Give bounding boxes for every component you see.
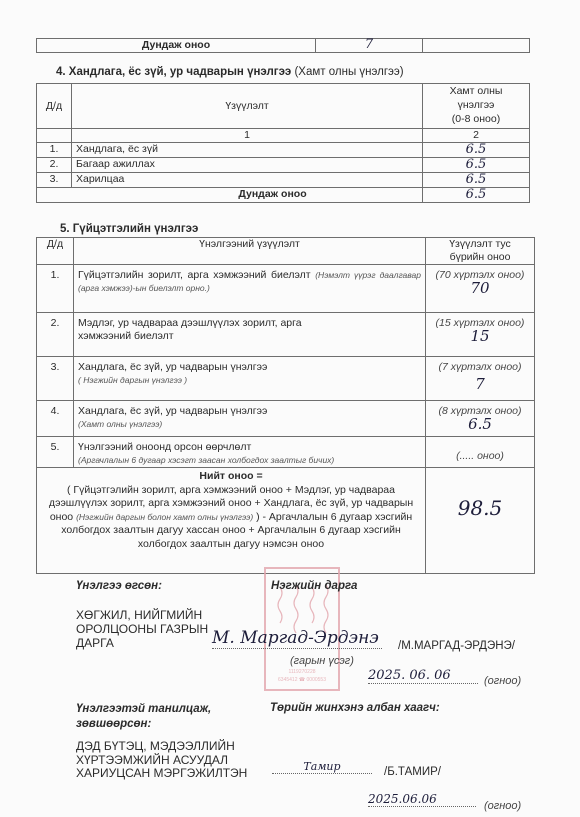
average-label: Дундаж оноо — [37, 39, 316, 53]
s4-average-label: Дундаж оноо — [37, 188, 423, 203]
table-row: 1. Хандлага, ёс зүй 6.5 — [37, 143, 530, 158]
s5-header-score: Үзүүлэлт тус бүрийн оноо — [426, 238, 535, 265]
table-row: 5. Үнэлгээний оноонд орсон өөрчлөлт (Арг… — [37, 437, 535, 468]
employee-name: /Б.ТАМИР/ — [384, 766, 441, 778]
s5-header-num: Д/д — [37, 238, 74, 265]
average-score-table: Дундаж оноо 7 — [36, 38, 530, 53]
average-value: 7 — [316, 39, 423, 53]
evaluator-date-caption: (огноо) — [484, 675, 521, 687]
table-row: 4. Хандлага, ёс зүй, ур чадварын үнэлгээ… — [37, 401, 535, 437]
employee-date-caption: (огноо) — [484, 800, 521, 812]
evaluator-role-heading: Нэгжийн дарга — [271, 580, 357, 592]
evaluator-signature: М. Маргад-Эрдэнэ — [212, 628, 382, 649]
section4-title: 4. Хандлага, ёс зүй, ур чадварын үнэлгээ… — [56, 66, 404, 78]
employee-signature: Тамир — [272, 760, 372, 774]
employee-position: ДЭД БҮТЭЦ, МЭДЭЭЛЛИЙН ХҮРТЭЭМЖИЙН АСУУДА… — [76, 740, 247, 781]
average-extra — [423, 39, 530, 53]
employee-heading: Үнэлгээтэй танилцаж, зөвшөөрсөн: — [76, 702, 211, 732]
score-7: 7 — [430, 378, 530, 391]
evaluator-position: ХӨГЖИЛ, НИЙГМИЙН ОРОЛЦООНЫ ГАЗРЫН ДАРГА — [76, 608, 208, 650]
total-row: Нийт оноо = ( Гүйцэтгэлийн зорилт, арга … — [37, 468, 535, 574]
s4-header-num: Д/д — [37, 84, 72, 129]
table-row: 3. Харилцаа 6.5 — [37, 173, 530, 188]
evaluator-name: /М.МАРГАД-ЭРДЭНЭ/ — [398, 640, 515, 652]
svg-text:1119270228: 1119270228 — [288, 669, 315, 675]
svg-text:6345412 ☎ 0000553: 6345412 ☎ 0000553 — [278, 677, 326, 683]
total-value: 98.5 — [426, 468, 535, 574]
s4-average-value: 6.5 — [423, 188, 530, 203]
score-70: 70 — [430, 282, 530, 295]
s4-header-score: Хамт олны үнэлгээ (0-8 оноо) — [423, 84, 530, 129]
s4-colnum-2: 2 — [423, 129, 530, 143]
evaluator-date: 2025. 06. 06 — [368, 668, 478, 684]
s4-colnum-1: 1 — [72, 129, 423, 143]
employee-date: 2025.06.06 — [368, 792, 476, 807]
s4-header-criteria: Үзүүлэлт — [72, 84, 423, 129]
score-15: 15 — [430, 330, 530, 343]
table-row: 2. Багаар ажиллах 6.5 — [37, 158, 530, 173]
table-row: 2. Мэдлэг, ур чадвараа дээшлүүлэх зорилт… — [37, 313, 535, 357]
section5-title: 5. Гүйцэтгэлийн үнэлгээ — [60, 223, 198, 235]
evaluator-heading: Үнэлгээ өгсөн: — [76, 580, 162, 592]
section4-table: Д/д Үзүүлэлт Хамт олны үнэлгээ (0-8 оноо… — [36, 83, 530, 203]
total-title: Нийт оноо = — [43, 470, 419, 484]
table-row: 1. Гүйцэтгэлийн зорилт, арга хэмжээний б… — [37, 265, 535, 313]
signature-caption: (гарын үсэг) — [290, 655, 354, 667]
s5-header-criteria: Үнэлгээний үзүүлэлт — [74, 238, 426, 265]
employee-role-heading: Төрийн жинхэнэ албан хаагч: — [270, 702, 440, 714]
table-row: 3. Хандлага, ёс зүй, ур чадварын үнэлгээ… — [37, 357, 535, 401]
section5-table: Д/д Үнэлгээний үзүүлэлт Үзүүлэлт тус бүр… — [36, 237, 535, 574]
score-6-5: 6.5 — [430, 418, 530, 431]
